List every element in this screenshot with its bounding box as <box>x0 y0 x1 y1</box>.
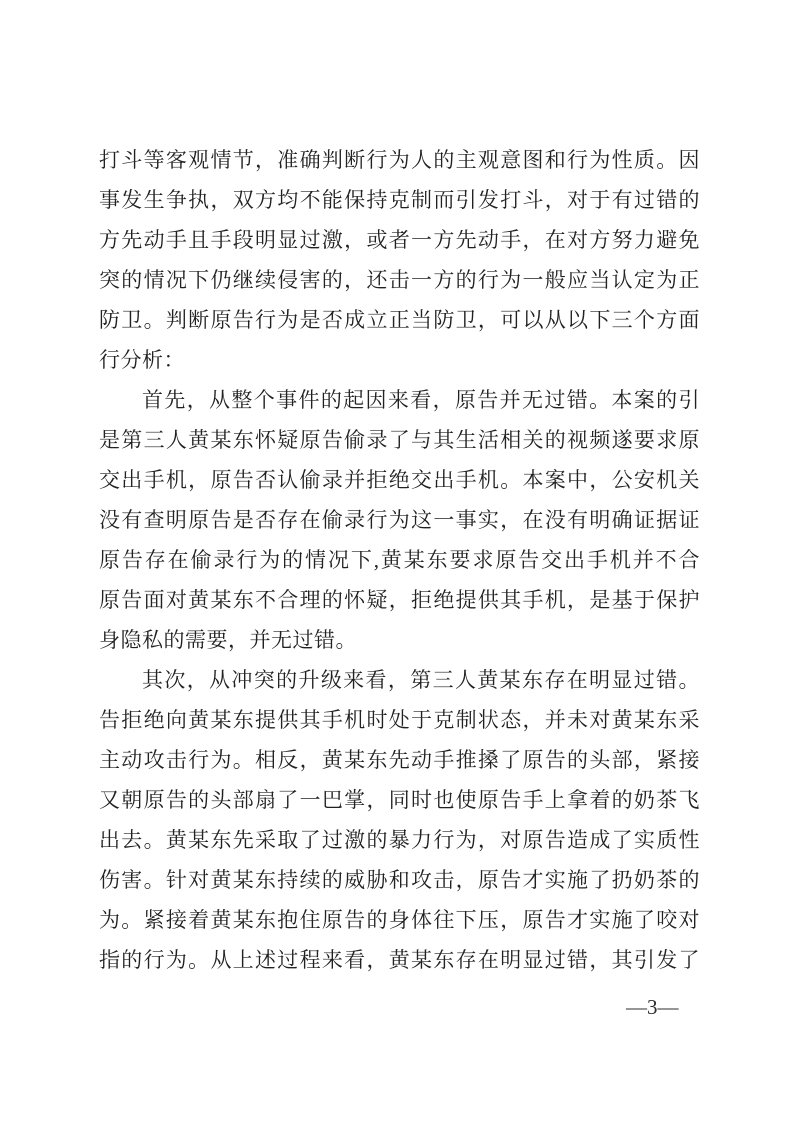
text-line: 为。紧接着黄某东抱住原告的身体往下压，原告才实施了咬对方 <box>99 900 700 940</box>
document-body: 打斗等客观情节，准确判断行为人的主观意图和行为性质。因琐事发生争执，双方均不能保… <box>99 140 700 980</box>
text-line: 身隐私的需要，并无过错。 <box>99 620 700 660</box>
text-line: 突的情况下仍继续侵害的，还击一方的行为一般应当认定为正当 <box>99 260 700 300</box>
text-line: 主动攻击行为。相反，黄某东先动手推搡了原告的头部，紧接着 <box>99 740 700 780</box>
text-line: 出去。黄某东先采取了过激的暴力行为，对原告造成了实质性的 <box>99 820 700 860</box>
text-line: 事发生争执，双方均不能保持克制而引发打斗，对于有过错的一 <box>99 180 700 220</box>
text-line: 是第三人黄某东怀疑原告偷录了与其生活相关的视频遂要求原告 <box>99 420 700 460</box>
document-page: 打斗等客观情节，准确判断行为人的主观意图和行为性质。因琐事发生争执，双方均不能保… <box>0 0 793 1122</box>
text-line: 没有查明原告是否存在偷录行为这一事实，在没有明确证据证明 <box>99 500 700 540</box>
page-number: —3— <box>626 994 679 1020</box>
text-line: 伤害。针对黄某东持续的威胁和攻击，原告才实施了扔奶茶的行 <box>99 860 700 900</box>
text-line: 首先，从整个事件的起因来看，原告并无过错。本案的引发 <box>99 380 700 420</box>
text-line: 指的行为。从上述过程来看，黄某东存在明显过错，其引发了此 <box>99 940 700 980</box>
text-line: 其次，从冲突的升级来看，第三人黄某东存在明显过错。原 <box>99 660 700 700</box>
text-line: 又朝原告的头部扇了一巴掌，同时也使原告手上拿着的奶茶飞溅 <box>99 780 700 820</box>
text-line: 交出手机，原告否认偷录并拒绝交出手机。本案中，公安机关并 <box>99 460 700 500</box>
text-line: 防卫。判断原告行为是否成立正当防卫，可以从以下三个方面进 <box>99 300 700 340</box>
text-line: 原告面对黄某东不合理的怀疑，拒绝提供其手机，是基于保护自 <box>99 580 700 620</box>
text-line: 告拒绝向黄某东提供其手机时处于克制状态，并未对黄某东采取 <box>99 700 700 740</box>
text-line: 方先动手且手段明显过激，或者一方先动手，在对方努力避免冲 <box>99 220 700 260</box>
text-line: 打斗等客观情节，准确判断行为人的主观意图和行为性质。因琐 <box>99 140 700 180</box>
text-line: 行分析： <box>99 340 700 380</box>
text-line: 原告存在偷录行为的情况下,黄某东要求原告交出手机并不合理， <box>99 540 700 580</box>
